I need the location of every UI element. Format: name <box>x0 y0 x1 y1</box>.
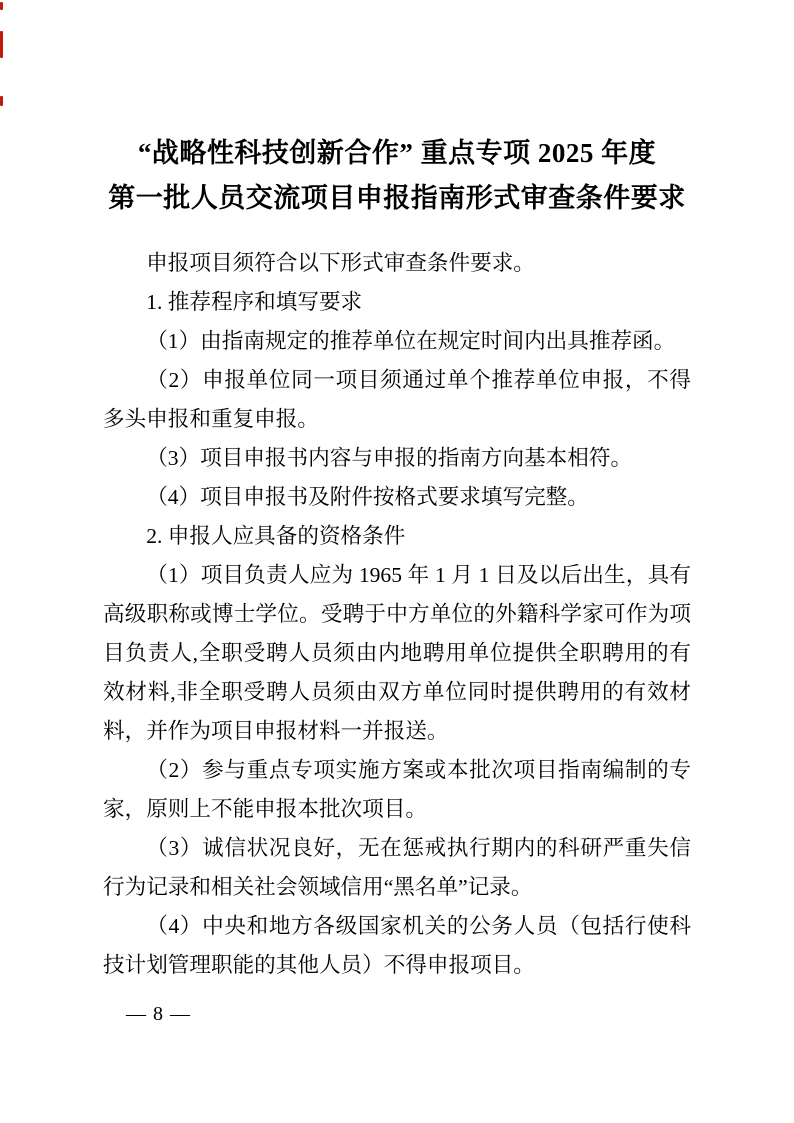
document-page: “战略性科技创新合作” 重点专项 2025 年度 第一批人员交流项目申报指南形式… <box>0 0 794 1123</box>
title-line-2: 第一批人员交流项目申报指南形式审查条件要求 <box>0 176 794 221</box>
paragraph-10: （3）诚信状况良好，无在惩戒执行期内的科研严重失信行为记录和相关社会领域信用“黑… <box>103 829 691 907</box>
paragraph-1: 申报项目须符合以下形式审查条件要求。 <box>103 244 691 283</box>
red-edge-mark-1 <box>0 2 3 10</box>
title-line-1: “战略性科技创新合作” 重点专项 2025 年度 <box>0 131 794 176</box>
paragraph-11: （4）中央和地方各级国家机关的公务人员（包括行使科技计划管理职能的其他人员）不得… <box>103 907 691 985</box>
paragraph-8: （1）项目负责人应为 1965 年 1 月 1 日及以后出生，具有高级职称或博士… <box>103 556 691 751</box>
red-edge-mark-2 <box>0 31 3 58</box>
paragraph-9: （2）参与重点专项实施方案或本批次项目指南编制的专家，原则上不能申报本批次项目。 <box>103 751 691 829</box>
paragraph-5: （3）项目申报书内容与申报的指南方向基本相符。 <box>103 439 691 478</box>
paragraph-6: （4）项目申报书及附件按格式要求填写完整。 <box>103 478 691 517</box>
paragraph-4: （2）申报单位同一项目须通过单个推荐单位申报，不得多头申报和重复申报。 <box>103 361 691 439</box>
document-body: 申报项目须符合以下形式审查条件要求。1. 推荐程序和填写要求（1）由指南规定的推… <box>103 244 691 985</box>
paragraph-7: 2. 申报人应具备的资格条件 <box>103 517 691 556</box>
red-edge-mark-3 <box>0 96 3 106</box>
paragraph-2: 1. 推荐程序和填写要求 <box>103 283 691 322</box>
document-title: “战略性科技创新合作” 重点专项 2025 年度 第一批人员交流项目申报指南形式… <box>0 131 794 221</box>
page-number: — 8 — <box>126 1000 191 1028</box>
paragraph-3: （1）由指南规定的推荐单位在规定时间内出具推荐函。 <box>103 322 691 361</box>
